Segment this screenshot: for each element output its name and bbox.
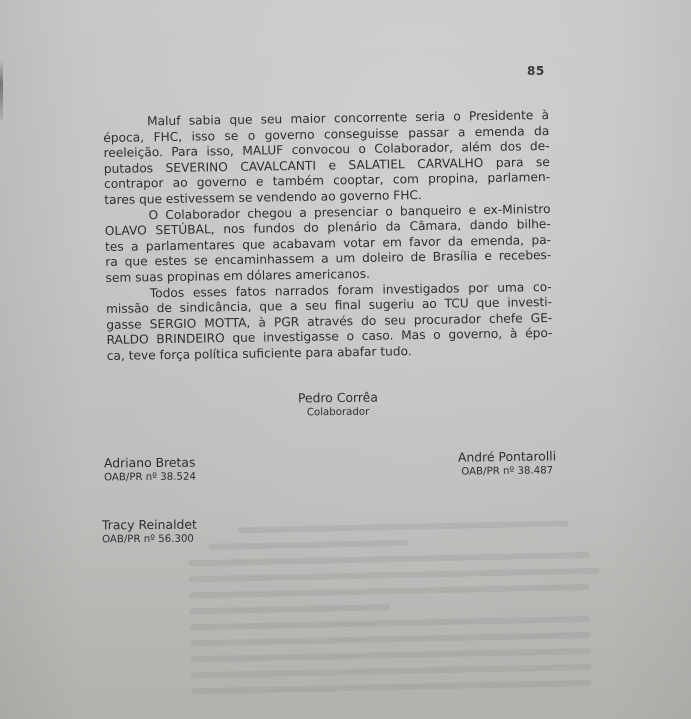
ghost-line	[238, 520, 568, 533]
signature-registration: OAB/PR nº 38.524	[104, 471, 196, 485]
signature-lawyer-bretas: Adriano Bretas OAB/PR nº 38.524	[104, 455, 196, 485]
ghost-line	[191, 632, 591, 646]
signature-name: Pedro Corrêa	[282, 389, 394, 406]
ghost-line	[190, 616, 590, 630]
paragraph-2: O Colaborador chegou a presenciar o banq…	[104, 202, 551, 287]
signature-name: André Pontarolli	[458, 448, 556, 465]
ghost-line	[189, 568, 599, 583]
ghost-line	[189, 552, 589, 566]
ghost-line	[190, 604, 390, 614]
paragraph-3: Todos esses fatos narrados foram investi…	[106, 280, 553, 365]
ghost-line	[190, 584, 590, 598]
signature-registration: OAB/PR nº 38.487	[458, 464, 556, 478]
signature-registration: OAB/PR nº 56.300	[102, 533, 197, 547]
signature-name: Tracy Reinaldet	[102, 517, 197, 534]
paragraph-1: Maluf sabia que seu maior concorrente se…	[103, 108, 550, 209]
signature-role: Colaborador	[282, 405, 394, 419]
signature-collaborator: Pedro Corrêa Colaborador	[282, 389, 394, 419]
signature-lawyer-reinaldet: Tracy Reinaldet OAB/PR nº 56.300	[102, 517, 197, 547]
body-text: Maluf sabia que seu maior concorrente se…	[103, 108, 553, 364]
signature-name: Adriano Bretas	[104, 455, 196, 472]
page-number: 85	[527, 64, 545, 78]
ghost-line	[209, 540, 409, 550]
ghost-line	[192, 680, 592, 694]
document-page: 85 Maluf sabia que seu maior concorrente…	[0, 0, 691, 719]
ghost-line	[191, 648, 591, 662]
signature-lawyer-pontarolli: André Pontarolli OAB/PR nº 38.487	[458, 448, 557, 478]
scan-edge-mark	[0, 60, 3, 120]
ghost-line	[191, 664, 591, 678]
